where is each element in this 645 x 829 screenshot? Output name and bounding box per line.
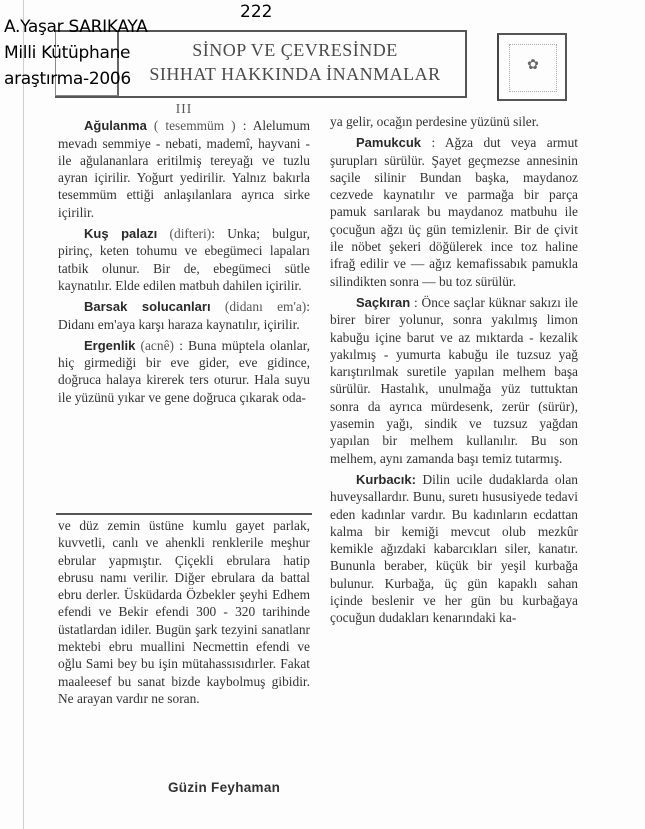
entry-kurbacik: Kurbacık: Dilin ucile dudaklarda olan hu… [330,471,578,627]
left-column-continuation: ve düz zemin üstüne kumlu gayet parlak, … [58,517,310,707]
section-number: III [58,100,310,117]
left-column: III Ağulanma ( tesemmüm ) : Alelumum mev… [58,100,310,406]
ornament-inner-frame: ✿ [509,44,557,92]
article-title: SİNOP VE ÇEVRESİNDE SIHHAT HAKKINDA İNAN… [130,38,460,86]
entry-term: Saçkıran [356,295,410,310]
entry-paren: (didanı em'a) [225,299,306,314]
entry-agulanma: Ağulanma ( tesemmüm ) : Alelumum mevadı … [58,117,310,221]
entry-kus-palazi: Kuş palazı (difteri): Unka; bulgur, piri… [58,225,310,294]
entry-term: Kuş palazı [84,226,157,241]
annotation-source: Milli Kütüphane [4,40,147,66]
entry-term: Kurbacık: [356,472,416,487]
annotation-author: A.Yaşar SARIKAYA [4,14,147,40]
annotation-note: araştırma-2006 [4,66,147,92]
entry-term: Ergenlik [84,338,135,353]
title-line-1: SİNOP VE ÇEVRESİNDE [130,38,460,62]
right-lead-text: ya gelir, ocağın perdesine yüzünü siler. [330,113,578,130]
author-signature: Güzin Feyhaman [168,780,280,795]
column-divider-rule [56,513,312,515]
ornament-frame: ✿ [497,33,567,101]
entry-text: : Önce saçlar küknar sakızı ile birer bi… [330,295,578,466]
entry-paren: ( tesemmüm ) [154,118,236,133]
scan-margin-line [23,0,24,829]
entry-term: Barsak solucanları [84,299,211,314]
entry-ergenlik: Ergenlik (acnê) : Buna müptela olanlar, … [58,337,310,406]
entry-pamukcuk: Pamukcuk : Ağza dut veya armut şurupları… [330,134,578,290]
page-number: 222 [240,2,272,22]
entry-paren: (difteri) [170,226,212,241]
entry-barsak-solucanlari: Barsak solucanları (didanı em'a): Didanı… [58,298,310,333]
ebru-continuation-text: ve düz zemin üstüne kumlu gayet parlak, … [58,517,310,707]
entry-text: : Alelumum mevadı semmiye - nebati, made… [58,118,310,219]
right-column: ya gelir, ocağın perdesine yüzünü siler.… [330,113,578,627]
entry-term: Pamukcuk [356,135,421,150]
flower-ornament-icon: ✿ [510,57,556,74]
handwritten-annotation: A.Yaşar SARIKAYA Milli Kütüphane araştır… [4,14,147,92]
entry-paren: (acnê) [141,338,174,353]
entry-text: : Ağza dut veya armut şurupları sürülür.… [330,135,578,288]
entry-text: Dilin ucile dudaklarda olan huveysallard… [330,472,578,625]
scanned-page: 222 A.Yaşar SARIKAYA Milli Kütüphane ara… [0,0,645,829]
entry-term: Ağulanma [84,118,147,133]
title-line-2: SIHHAT HAKKINDA İNANMALAR [130,62,460,86]
entry-sackiran: Saçkıran : Önce saçlar küknar sakızı ile… [330,294,578,467]
